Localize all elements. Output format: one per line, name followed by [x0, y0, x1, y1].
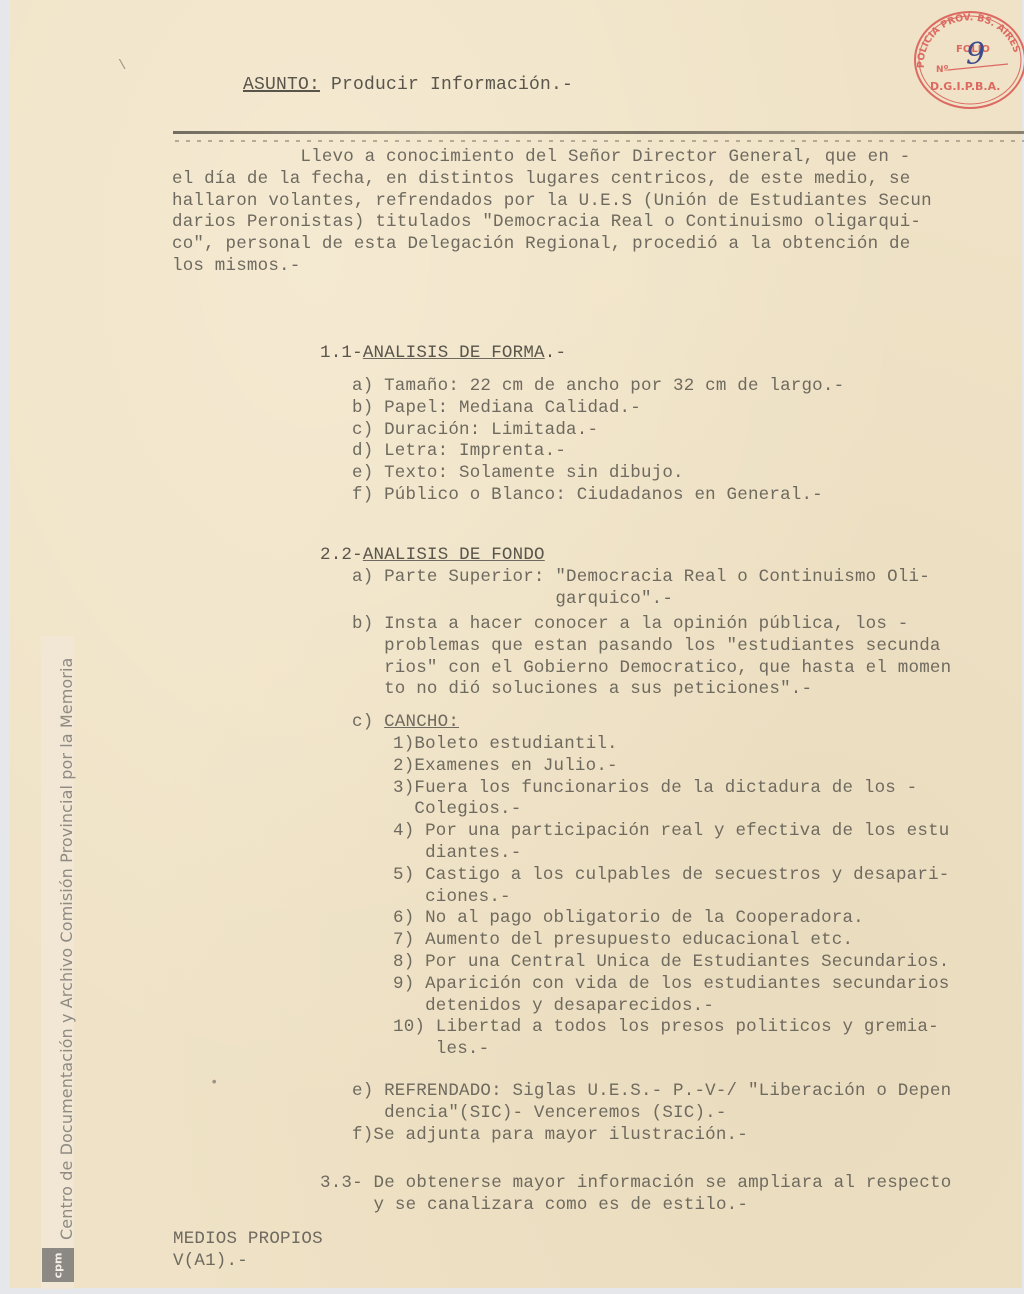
cpm-logo-text: cpm — [51, 1252, 64, 1278]
subject-label: ASUNTO: — [243, 75, 320, 95]
slogan-item: 7) Aumento del presupuesto educacional e… — [393, 930, 950, 952]
subject-line: ASUNTO: Producir Información.- — [243, 75, 573, 97]
paragraph-line: y se canalizara como es de estilo.- — [320, 1195, 951, 1217]
paragraph-line: co", personal de esta Delegación Regiona… — [172, 234, 932, 256]
content-item-e-f: e) REFRENDADO: Siglas U.E.S.- P.-V-/ "Li… — [352, 1081, 951, 1146]
police-folio-stamp: POLICIA PROV. BS. AIRES FOLIO Nº D.G.I.P… — [910, 8, 1024, 112]
list-item-continuation: problemas que estan pasando los "estudia… — [352, 636, 951, 658]
list-item: c) Duración: Limitada.- — [352, 420, 844, 442]
section-3-paragraph: 3.3- De obtenerse mayor información se a… — [320, 1173, 951, 1217]
slogan-item: 3)Fuera los funcionarios de la dictadura… — [393, 778, 950, 800]
form-analysis-list: a) Tamaño: 22 cm de ancho por 32 cm de l… — [352, 376, 844, 507]
list-item: f) Público o Blanco: Ciudadanos en Gener… — [352, 485, 844, 507]
paragraph-line: hallaron volantes, refrendados por la U.… — [172, 191, 932, 213]
section-form-analysis-heading: 1.1-ANALISIS DE FORMA.- — [320, 343, 566, 365]
slogan-item: 1)Boleto estudiantil. — [393, 734, 950, 756]
document-page: ASUNTO: Producir Información.- POLICIA P… — [10, 0, 1022, 1288]
section-title: ANALISIS DE FORMA — [363, 343, 545, 363]
section-number: 2.2- — [320, 545, 363, 565]
list-item: e) REFRENDADO: Siglas U.E.S.- P.-V-/ "Li… — [352, 1081, 951, 1103]
list-item: e) Texto: Solamente sin dibujo. — [352, 463, 844, 485]
footer-line: V(A1).- — [173, 1251, 323, 1273]
section-title-suffix: .- — [545, 343, 566, 363]
stamp-seal-icon: POLICIA PROV. BS. AIRES FOLIO Nº D.G.I.P… — [910, 8, 1024, 112]
slogan-item: detenidos y desaparecidos.- — [393, 996, 950, 1018]
list-item-continuation: garquico".- — [352, 589, 930, 611]
list-item: b) Papel: Mediana Calidad.- — [352, 398, 844, 420]
list-item-label: CANCHO: — [384, 712, 459, 732]
list-item: a) Parte Superior: "Democracia Real o Co… — [352, 567, 930, 589]
list-item: f)Se adjunta para mayor ilustración.- — [352, 1125, 951, 1147]
subject-text: Producir Información.- — [320, 75, 573, 95]
section-content-analysis-heading: 2.2-ANALISIS DE FONDO — [320, 545, 545, 567]
slogan-item: diantes.- — [393, 843, 950, 865]
slogan-item: 9) Aparición con vida de los estudiantes… — [393, 974, 950, 996]
list-item-continuation: dencia"(SIC)- Venceremos (SIC).- — [352, 1103, 951, 1125]
cpm-logo-badge: cpm — [42, 1248, 74, 1282]
paragraph-line: darios Peronistas) titulados "Democracia… — [172, 212, 932, 234]
stamp-agency: D.G.I.P.B.A. — [930, 80, 1000, 93]
content-item-a: a) Parte Superior: "Democracia Real o Co… — [352, 567, 930, 611]
list-item-continuation: rios" con el Gobierno Democratico, que h… — [352, 658, 951, 680]
header-dotted-line — [175, 140, 1024, 142]
slogan-item: 5) Castigo a los culpables de secuestros… — [393, 865, 950, 887]
footer-source-note: MEDIOS PROPIOSV(A1).- — [173, 1229, 323, 1273]
slogan-item: 10) Libertad a todos los presos politico… — [393, 1017, 950, 1039]
slogan-item: Colegios.- — [393, 799, 950, 821]
slogan-item: les.- — [393, 1039, 950, 1061]
header-separator-line — [173, 131, 1024, 134]
paragraph-line: los mismos.- — [172, 256, 932, 278]
slogan-item: 6) No al pago obligatorio de la Cooperad… — [393, 908, 950, 930]
slogan-item: 2)Examenes en Julio.- — [393, 756, 950, 778]
footer-line: MEDIOS PROPIOS — [173, 1229, 323, 1251]
paragraph-line: Llevo a conocimiento del Señor Director … — [172, 147, 932, 169]
stamp-folio-number: 9 — [966, 37, 985, 72]
content-item-c: c) CANCHO: — [352, 712, 459, 734]
list-item-prefix: c) — [352, 712, 384, 732]
list-item: a) Tamaño: 22 cm de ancho por 32 cm de l… — [352, 376, 844, 398]
list-item: d) Letra: Imprenta.- — [352, 441, 844, 463]
stamp-no-label: Nº — [936, 65, 949, 75]
stray-mark: \ — [118, 58, 126, 74]
paragraph-line: 3.3- De obtenerse mayor información se a… — [320, 1173, 951, 1195]
slogan-item: 8) Por una Central Unica de Estudiantes … — [393, 952, 950, 974]
section-number: 1.1- — [320, 343, 363, 363]
slogan-item: ciones.- — [393, 887, 950, 909]
list-item-continuation: to no dió soluciones a sus peticiones".- — [352, 679, 951, 701]
section-title: ANALISIS DE FONDO — [363, 545, 545, 565]
intro-paragraph: Llevo a conocimiento del Señor Director … — [172, 147, 932, 278]
slogans-list: 1)Boleto estudiantil.2)Examenes en Julio… — [393, 734, 950, 1061]
paragraph-line: el día de la fecha, en distintos lugares… — [172, 169, 932, 191]
stray-mark: • — [210, 1075, 218, 1091]
archive-watermark-text: Centro de Documentación y Archivo Comisi… — [57, 658, 76, 1240]
slogan-item: 4) Por una participación real y efectiva… — [393, 821, 950, 843]
list-item: b) Insta a hacer conocer a la opinión pú… — [352, 614, 951, 636]
content-item-b: b) Insta a hacer conocer a la opinión pú… — [352, 614, 951, 701]
